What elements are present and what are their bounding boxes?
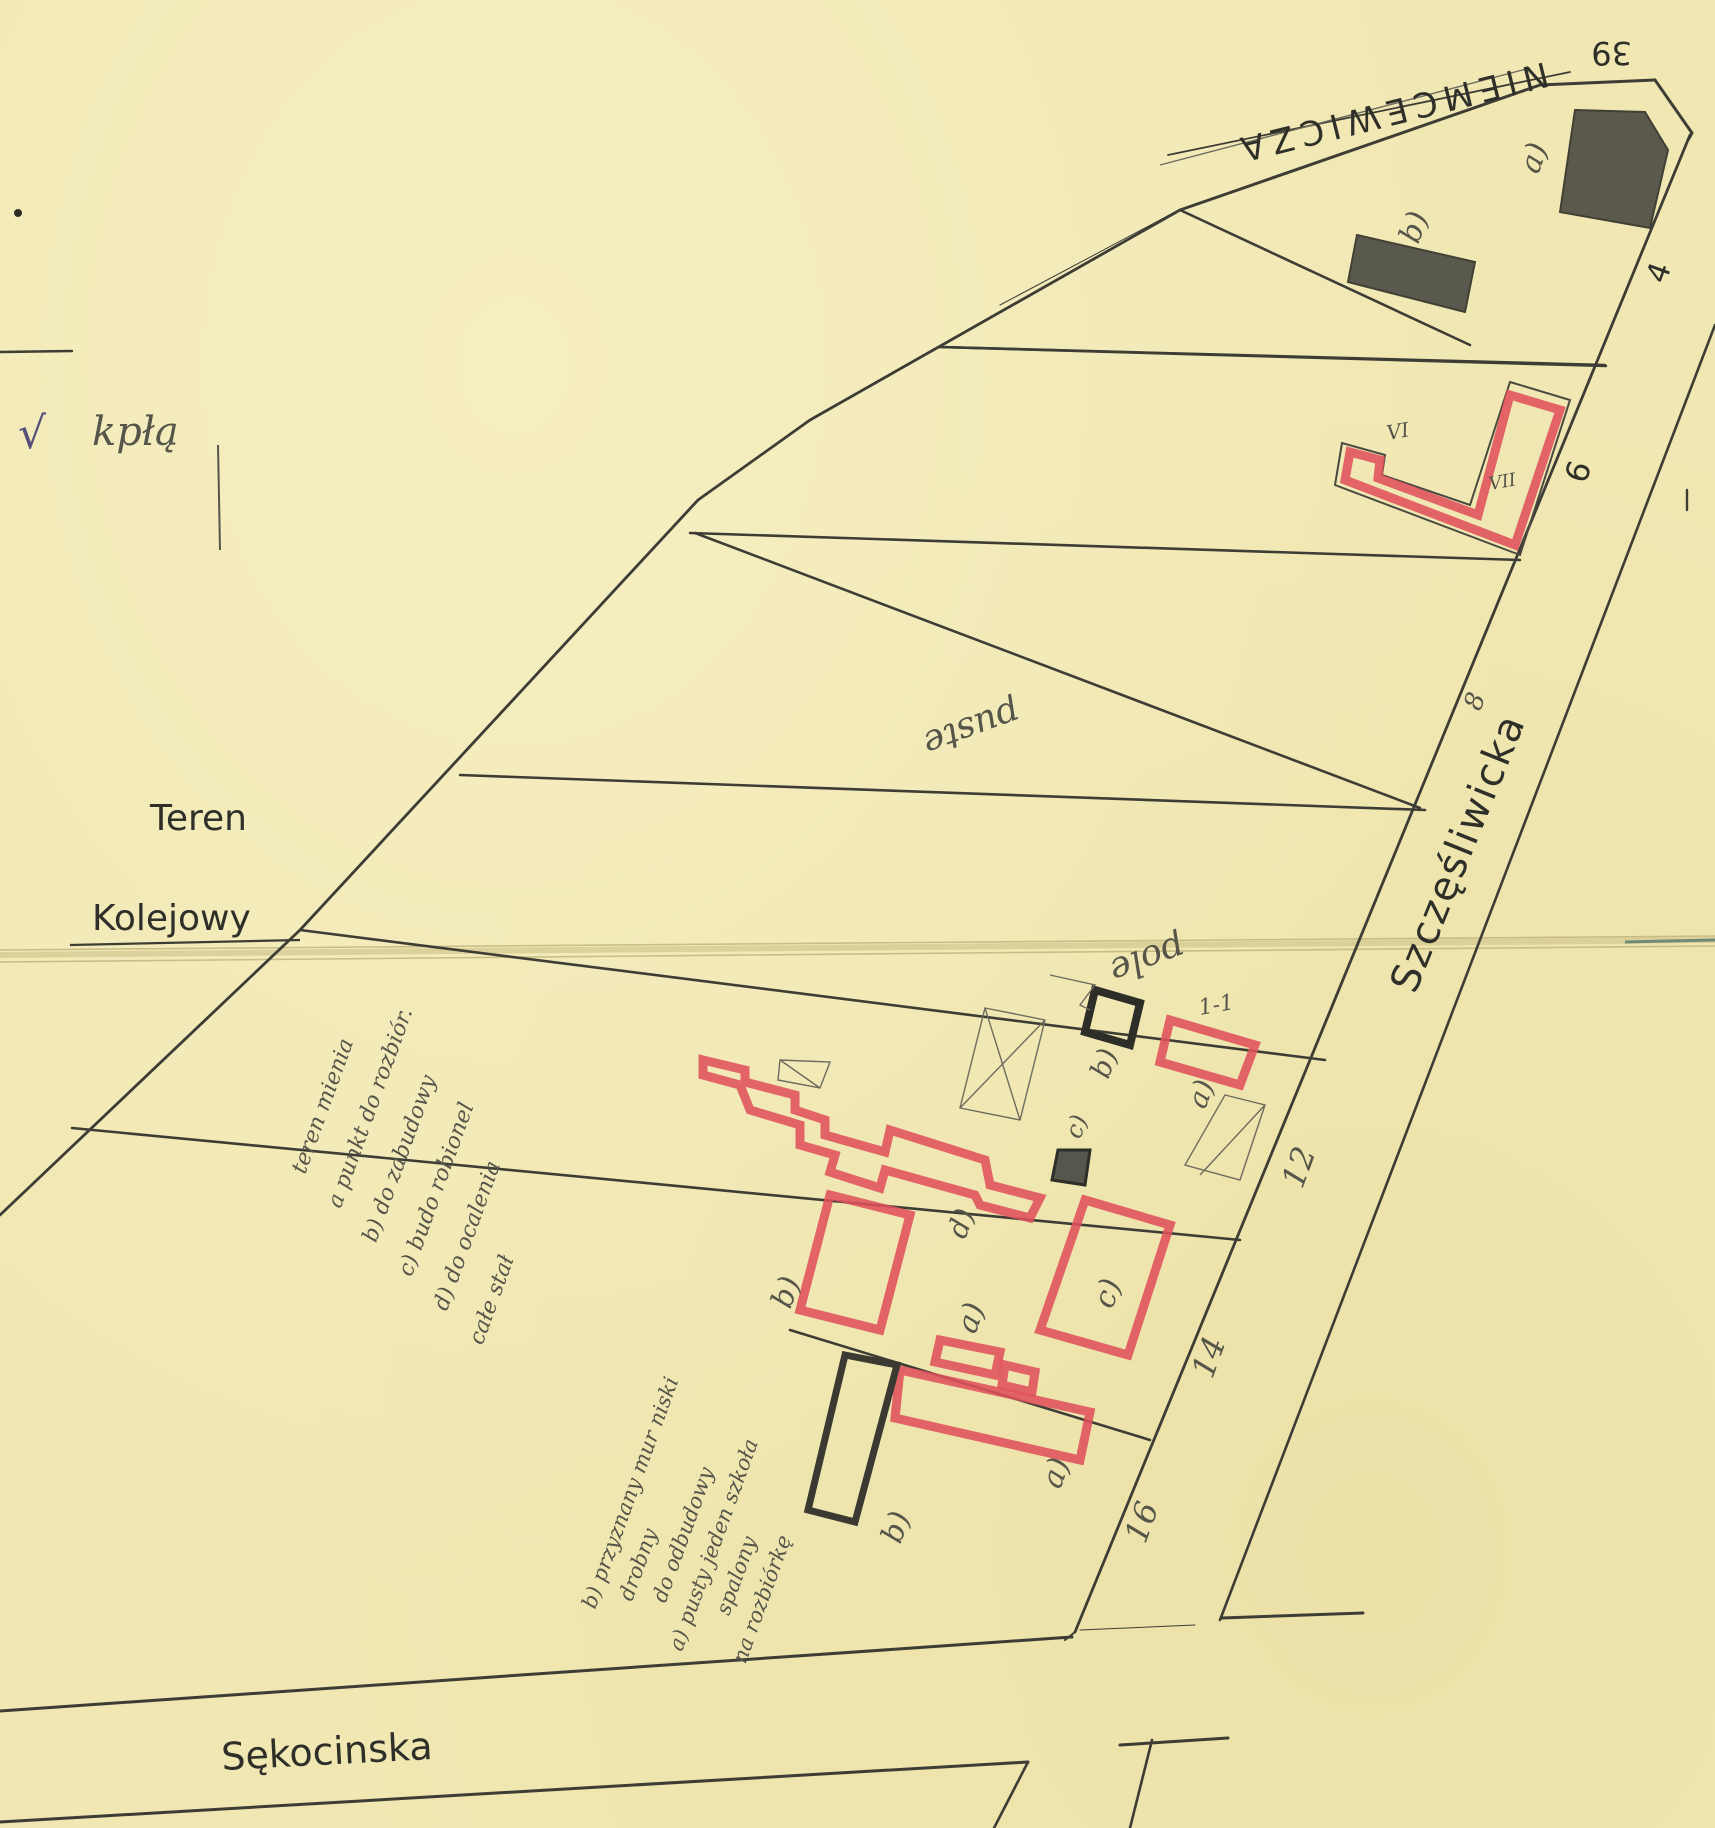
label-6-inner: VII [1487,469,1518,495]
house-number-16: 16 [1117,1496,1167,1547]
label-6-roman: VI [1385,417,1412,445]
label-4a: a) [1513,138,1556,178]
street-label-niemcewicza: NIEMCEWICZA [1230,53,1553,170]
margin-note-stroke [218,445,220,550]
lower-notes-block: b) przyznany mur niski drobny do odbudow… [574,1374,834,1676]
label-10b: b) [1084,1044,1125,1082]
center-note-line1: puste [917,692,1025,765]
area-label-kolejowy: Kolejowy [92,898,251,939]
left-note-6: całe stał [464,1251,520,1348]
label-10-one: 1-1 [1197,990,1236,1021]
house-number-6: 6 [1557,456,1600,488]
label-10a: a) [1181,1075,1221,1112]
railway-underline [70,940,300,945]
house-number-4: 4 [1640,258,1679,288]
area-label-teren: Teren [149,798,247,839]
label-14b: b) [875,1507,918,1548]
left-notes-block: teren mienia a punkt do rozbiór. b) do z… [253,989,587,1348]
label-4b: b) [1393,207,1436,248]
house-number-12: 12 [1274,1141,1324,1192]
labels-layer: NIEMCEWICZA Szczęśliwicka Sękocinska Ter… [0,0,1715,1828]
house-number-39: 39 [1591,34,1632,72]
street-label-sekocinska: Sękocinska [220,1724,433,1779]
center-note-line2: pole [1104,927,1191,992]
street-label-szczesliwicka: Szczęśliwicka [1382,707,1535,999]
label-12d: d) [941,1204,982,1242]
house-number-14: 14 [1184,1331,1234,1382]
margin-note: kpłą [92,409,179,455]
label-14a-lower: a) [1035,1453,1078,1493]
label-12c-small: c) [1059,1111,1093,1142]
house-number-8: 8 [1458,689,1492,715]
label-14a-upper: a) [950,1298,993,1338]
label-12b: b) [765,1272,808,1313]
margin-check-mark: √ [18,408,47,459]
label-12c: c) [1087,1274,1130,1313]
map-sheet: NIEMCEWICZA Szczęśliwicka Sękocinska Ter… [0,0,1715,1828]
